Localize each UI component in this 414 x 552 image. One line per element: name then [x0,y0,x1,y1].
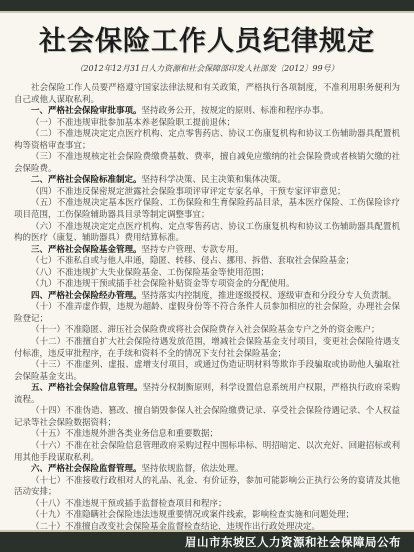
rule-item-9: （九）不准违规干预或插手社会保险补贴资金等专项资金的分配使用。 [14,279,400,291]
rule-item-2: （二）不准违规决定定点医疗机构、定点零售药店、协议工伤康复机构和协议工伤辅助器具… [14,129,400,152]
rule-item-16: （十六）不准在社会保险信息管理政府采购过程中围标串标、明招暗定、以次充好、回避招… [14,441,400,464]
section-1-heading: 一、严格社会保险审批事项。坚持政务公开，按规定的原则、标准和程序办事。 [14,106,400,118]
section-1-heading-bold: 一、严格社会保险审批事项。 [31,106,142,116]
section-2-heading-lead: 坚持科学决策、民主决策和集体决策。 [142,175,287,185]
rule-item-20: （二十）不准擅自改变社会保险基金监督检查结论，违规作出行政处理决定。 [14,522,400,530]
rule-item-13: （十三）不准虚列、虚报、虚增支付项目，或通过伪造证明材料等欺诈手段骗取或协助他人… [14,360,400,383]
section-6-heading-bold: 六、严格社会保险监督管理。 [31,464,142,474]
section-4-heading-bold: 四、严格社会保险经办管理。 [31,291,142,301]
rule-item-18: （十八）不准违规干预或插手监督检查项目和程序； [14,499,400,511]
section-5-heading-bold: 五、严格社会保险信息管理。 [31,383,143,393]
rule-item-8: （八）不准违规扩大失业保险基金、工伤保险基金等使用范围； [14,268,400,280]
section-4-heading-lead: 坚持落实内控制度，推进逐级授权、逐级审查和分段分专人负责制。 [142,291,397,301]
rule-item-15: （十五）不准违规外泄各类业务信息和重要数据； [14,429,400,441]
rule-item-10: （十）不准弄虚作假，违规为超龄、虚假身份等不符合条件人员参加相应的社会保险，办理… [14,302,400,325]
section-3-heading-bold: 三、严格社会保险基金管理。 [31,245,142,255]
bottom-border-band: 眉山市东坡区人力资源和社会保障局公布 [0,530,414,552]
section-3-heading: 三、严格社会保险基金管理。坚持专户管理、专款专用。 [14,245,400,257]
section-2-heading-bold: 二、严格社会保险标准制定。 [31,175,142,185]
section-3-heading-lead: 坚持专户管理、专款专用。 [142,245,244,255]
rule-item-19: （十九）不准隐瞒社会保险违法违规重要情况或案件线索，影响检查实施和问题处理； [14,510,400,522]
section-5-heading: 五、严格社会保险信息管理。坚持分权制衡原则，科学设置信息系统用户权限，严格执行政… [14,383,400,406]
poster-page: 社会保险工作人员纪律规定 （2012年12月31日人力资源和社会保障部印发人社部… [0,0,414,552]
rule-item-7: （七）不准私自或与他人串通，隐匿、转移、侵占、挪用、拆借、套取社会保险基金； [14,256,400,268]
rule-item-5: （五）不准违规决定基本医疗保险、工伤保险和生育保险药品目录，基本医疗保险、工伤保… [14,198,400,221]
regulation-body: 社会保险工作人员要严格遵守国家法律法规和有关政策，严格执行各项制度，不准利用职务… [14,83,400,530]
intro-paragraph: 社会保险工作人员要严格遵守国家法律法规和有关政策，严格执行各项制度，不准利用职务… [14,83,400,106]
rule-item-3: （三）不准违规核定社会保险费缴费基数、费率，擅自减免应缴纳的社会保险费或者核销欠… [14,152,400,175]
top-border-band [0,0,414,13]
rule-item-17: （十七）不准接收行政相对人的礼品、礼金、有价证券，参加可能影响公正执行公务的宴请… [14,476,400,499]
poster-title: 社会保险工作人员纪律规定 [14,25,400,58]
section-6-heading: 六、严格社会保险监督管理。坚持依规监督，依法处理。 [14,464,400,476]
rule-item-14: （十四）不准伪造、篡改、擅自销毁参保人社会保险缴费记录、享受社会保险待遇记录、个… [14,406,400,429]
rule-item-4: （四）不准违反保密规定泄露社会保险事项评审评定专家名单，干预专家评审意见； [14,187,400,199]
poster-content: 社会保险工作人员纪律规定 （2012年12月31日人力资源和社会保障部印发人社部… [0,13,414,530]
publisher-label: 眉山市东坡区人力资源和社会保障局公布 [185,534,401,550]
rule-item-11: （十一）不准隐匿、滞压社会保险费或将社会保险费存入社会保险基金专户之外的资金账户… [14,325,400,337]
section-1-heading-lead: 坚持政务公开，按规定的原则、标准和程序办事。 [142,106,329,116]
section-6-heading-lead: 坚持依规监督，依法处理。 [142,464,244,474]
rule-item-12: （十二）不准擅自扩大社会保险待遇发放范围，增减社会保险基金支付项目，变更社会保险… [14,337,400,360]
section-4-heading: 四、严格社会保险经办管理。坚持落实内控制度，推进逐级授权、逐级审查和分段分专人负… [14,291,400,303]
poster-subtitle: （2012年12月31日人力资源和社会保障部印发人社部发〔2012〕99号） [14,63,400,74]
section-2-heading: 二、严格社会保险标准制定。坚持科学决策、民主决策和集体决策。 [14,175,400,187]
rule-item-6: （六）不准违规决定定点医疗机构、定点零售药店、协议工伤康复机构和协议工伤辅助器具… [14,222,400,245]
rule-item-1: （一）不准违规审批参加基本养老保险职工提前退休； [14,118,400,130]
